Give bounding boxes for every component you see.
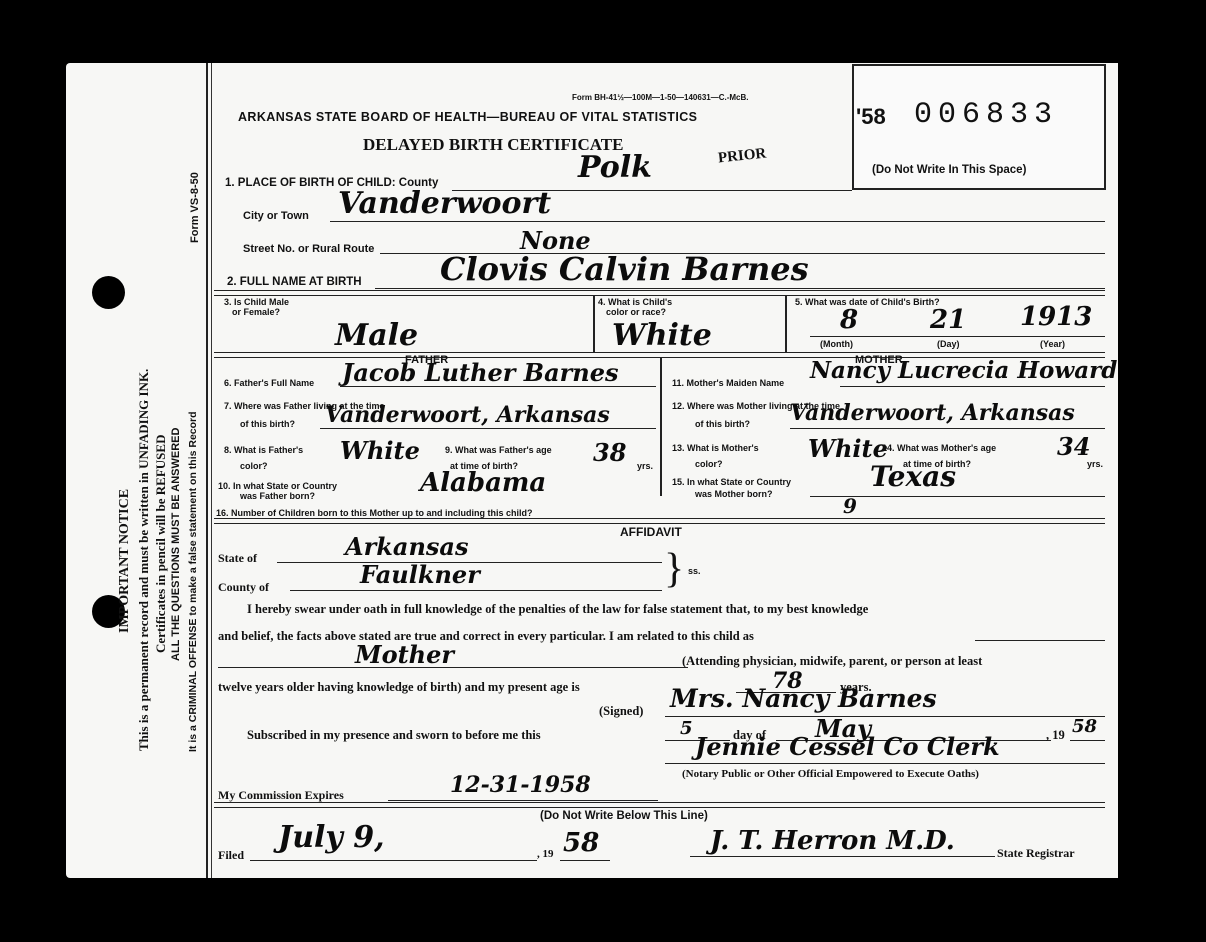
stub-line3: ALL THE QUESTIONS MUST BE ANSWERED <box>170 428 182 661</box>
father-yrs: yrs. <box>637 461 653 471</box>
stub-divider-inner <box>211 63 212 878</box>
father-birthplace-label-1: 10. In what State or Country <box>218 481 337 491</box>
signature-underline <box>665 716 1105 717</box>
registrar-signature: J. T. Herron M.D. <box>710 826 955 856</box>
ss-brace: } <box>664 548 684 590</box>
children-count-label: 16. Number of Children born to this Moth… <box>216 508 533 518</box>
race-value: White <box>612 318 712 353</box>
notary-signature: Jennie Cessel Co Clerk <box>695 732 1000 761</box>
commission-underline <box>388 800 658 801</box>
do-not-write-below: (Do Not Write Below This Line) <box>540 810 708 822</box>
father-birthplace-label-2: was Father born? <box>240 491 315 501</box>
ss-label: ss. <box>688 566 701 576</box>
sworn-year-value: 58 <box>1072 716 1097 737</box>
stub-heading: IMPORTANT NOTICE <box>117 489 133 633</box>
race-label-1: 4. What is Child's <box>598 297 672 307</box>
filed-year-value: 58 <box>563 828 599 858</box>
certificate-year-prefix: '58 <box>856 104 886 130</box>
sex-label-1: 3. Is Child Male <box>224 297 289 307</box>
affidavit-county-label: County of <box>218 580 269 595</box>
sworn-day-value: 5 <box>680 718 693 739</box>
stub-line2: Certificates in pencil will be REFUSED <box>153 435 169 653</box>
filed-year-underline <box>560 860 610 861</box>
city-label: City or Town <box>243 210 309 222</box>
affidavit-heading: AFFIDAVIT <box>620 525 682 539</box>
affidavit-state-value: Arkansas <box>345 532 468 561</box>
affidavit-para2: and belief, the facts above stated are t… <box>218 629 754 644</box>
father-color-value: White <box>340 436 420 465</box>
filed-date-value: July 9, <box>278 820 385 855</box>
do-not-write-box-label: (Do Not Write In This Space) <box>872 164 1026 176</box>
dob-day: 21 <box>930 305 966 335</box>
mother-residence-underline <box>790 428 1105 429</box>
divider-father-mother <box>660 358 662 496</box>
mother-birthplace-value: Texas <box>870 460 956 493</box>
form-number: Form BH-41½—100M—1-50—140631—C.-McB. <box>572 93 749 102</box>
filed-underline <box>250 860 537 861</box>
dob-year: 1913 <box>1020 302 1092 332</box>
relation-value: Mother <box>355 640 454 669</box>
relation-underline-1 <box>975 640 1105 641</box>
notary-label: (Notary Public or Other Official Empower… <box>682 768 979 780</box>
commission-label: My Commission Expires <box>218 788 344 803</box>
certificate-number-box: '58 006833 (Do Not Write In This Space) <box>852 64 1106 190</box>
affidavit-para3: (Attending physician, midwife, parent, o… <box>682 654 982 669</box>
stub-form-code: Form VS-8-50 <box>189 172 201 243</box>
affidavit-para1: I hereby swear under oath in full knowle… <box>247 602 868 617</box>
father-name-value: Jacob Luther Barnes <box>342 358 619 387</box>
filed-year-prefix: , 19 <box>537 848 554 860</box>
dob-month: 8 <box>840 305 858 335</box>
father-birthplace-value: Alabama <box>420 468 546 498</box>
divider-sex-race <box>593 296 595 352</box>
day-caption: (Day) <box>937 339 960 349</box>
commission-value: 12-31-1958 <box>450 772 591 798</box>
agency-heading: ARKANSAS STATE BOARD OF HEALTH—BUREAU OF… <box>238 110 697 124</box>
registrar-label: State Registrar <box>997 846 1075 861</box>
mother-name-label: 11. Mother's Maiden Name <box>672 378 784 388</box>
divider-1 <box>214 290 1105 296</box>
mother-yrs: yrs. <box>1087 459 1103 469</box>
dob-underline <box>810 336 1105 337</box>
signed-label: (Signed) <box>599 704 643 719</box>
notice-stub: Form VS-8-50 IMPORTANT NOTICE This is a … <box>66 63 208 878</box>
city-underline <box>330 221 1105 222</box>
mother-name-value: Nancy Lucrecia Howard <box>810 357 1117 384</box>
divider-3 <box>214 518 1105 524</box>
sworn-year-underline <box>1070 740 1105 741</box>
father-name-label: 6. Father's Full Name <box>224 378 314 388</box>
notary-underline <box>665 763 1105 764</box>
mother-color-value: White <box>808 434 888 463</box>
affidavit-state-label: State of <box>218 551 257 566</box>
mother-color-label-1: 13. What is Mother's <box>672 443 759 453</box>
race-label-2: color or race? <box>606 307 666 317</box>
father-age-label-1: 9. What was Father's age <box>445 445 552 455</box>
mother-residence-value: Vanderwoort, Arkansas <box>790 400 1075 426</box>
county-value: Polk <box>578 150 652 185</box>
father-age-value: 38 <box>593 438 626 467</box>
full-name-value: Clovis Calvin Barnes <box>440 250 809 288</box>
full-name-underline <box>375 288 1105 289</box>
year-caption: (Year) <box>1040 339 1065 349</box>
father-residence-label-2: of this birth? <box>240 419 295 429</box>
father-color-label-2: color? <box>240 461 268 471</box>
divider-race-dob <box>785 296 787 352</box>
affidavit-county-value: Faulkner <box>360 560 480 589</box>
divider-4 <box>214 802 1105 808</box>
filed-label: Filed <box>218 848 244 863</box>
affiant-signature: Mrs. Nancy Barnes <box>670 684 937 713</box>
stub-line1: This is a permanent record and must be w… <box>136 369 152 751</box>
father-residence-value: Vanderwoort, Arkansas <box>325 402 610 428</box>
father-residence-underline <box>320 428 656 429</box>
stub-line4: It is a CRIMINAL OFFENSE to make a false… <box>187 411 199 752</box>
mother-residence-label-2: of this birth? <box>695 419 750 429</box>
mother-age-value: 34 <box>1057 432 1090 461</box>
mother-birthplace-label-1: 15. In what State or Country <box>672 477 791 487</box>
full-name-label: 2. FULL NAME AT BIRTH <box>227 276 362 288</box>
mother-birthplace-label-2: was Mother born? <box>695 489 773 499</box>
certificate-number: 006833 <box>914 98 1058 132</box>
city-value: Vanderwoort <box>338 186 551 221</box>
sworn-year-prefix: , 19 <box>1046 728 1065 743</box>
affidavit-para4: twelve years older having knowledge of b… <box>218 680 580 695</box>
punch-hole-top <box>92 276 125 309</box>
mother-name-underline <box>840 386 1105 387</box>
mother-color-label-2: color? <box>695 459 723 469</box>
street-label: Street No. or Rural Route <box>243 243 374 255</box>
children-count-value: 9 <box>843 494 857 518</box>
mother-age-label-1: 14. What was Mother's age <box>882 443 996 453</box>
father-color-label-1: 8. What is Father's <box>224 445 303 455</box>
affidavit-county-underline <box>290 590 662 591</box>
subscribed-text: Subscribed in my presence and sworn to b… <box>247 728 541 743</box>
dob-label: 5. What was date of Child's Birth? <box>795 297 940 307</box>
sex-value: Male <box>335 318 418 353</box>
stub-divider <box>206 63 208 878</box>
sex-label-2: or Female? <box>232 307 280 317</box>
month-caption: (Month) <box>820 339 853 349</box>
registrar-underline <box>690 856 995 857</box>
